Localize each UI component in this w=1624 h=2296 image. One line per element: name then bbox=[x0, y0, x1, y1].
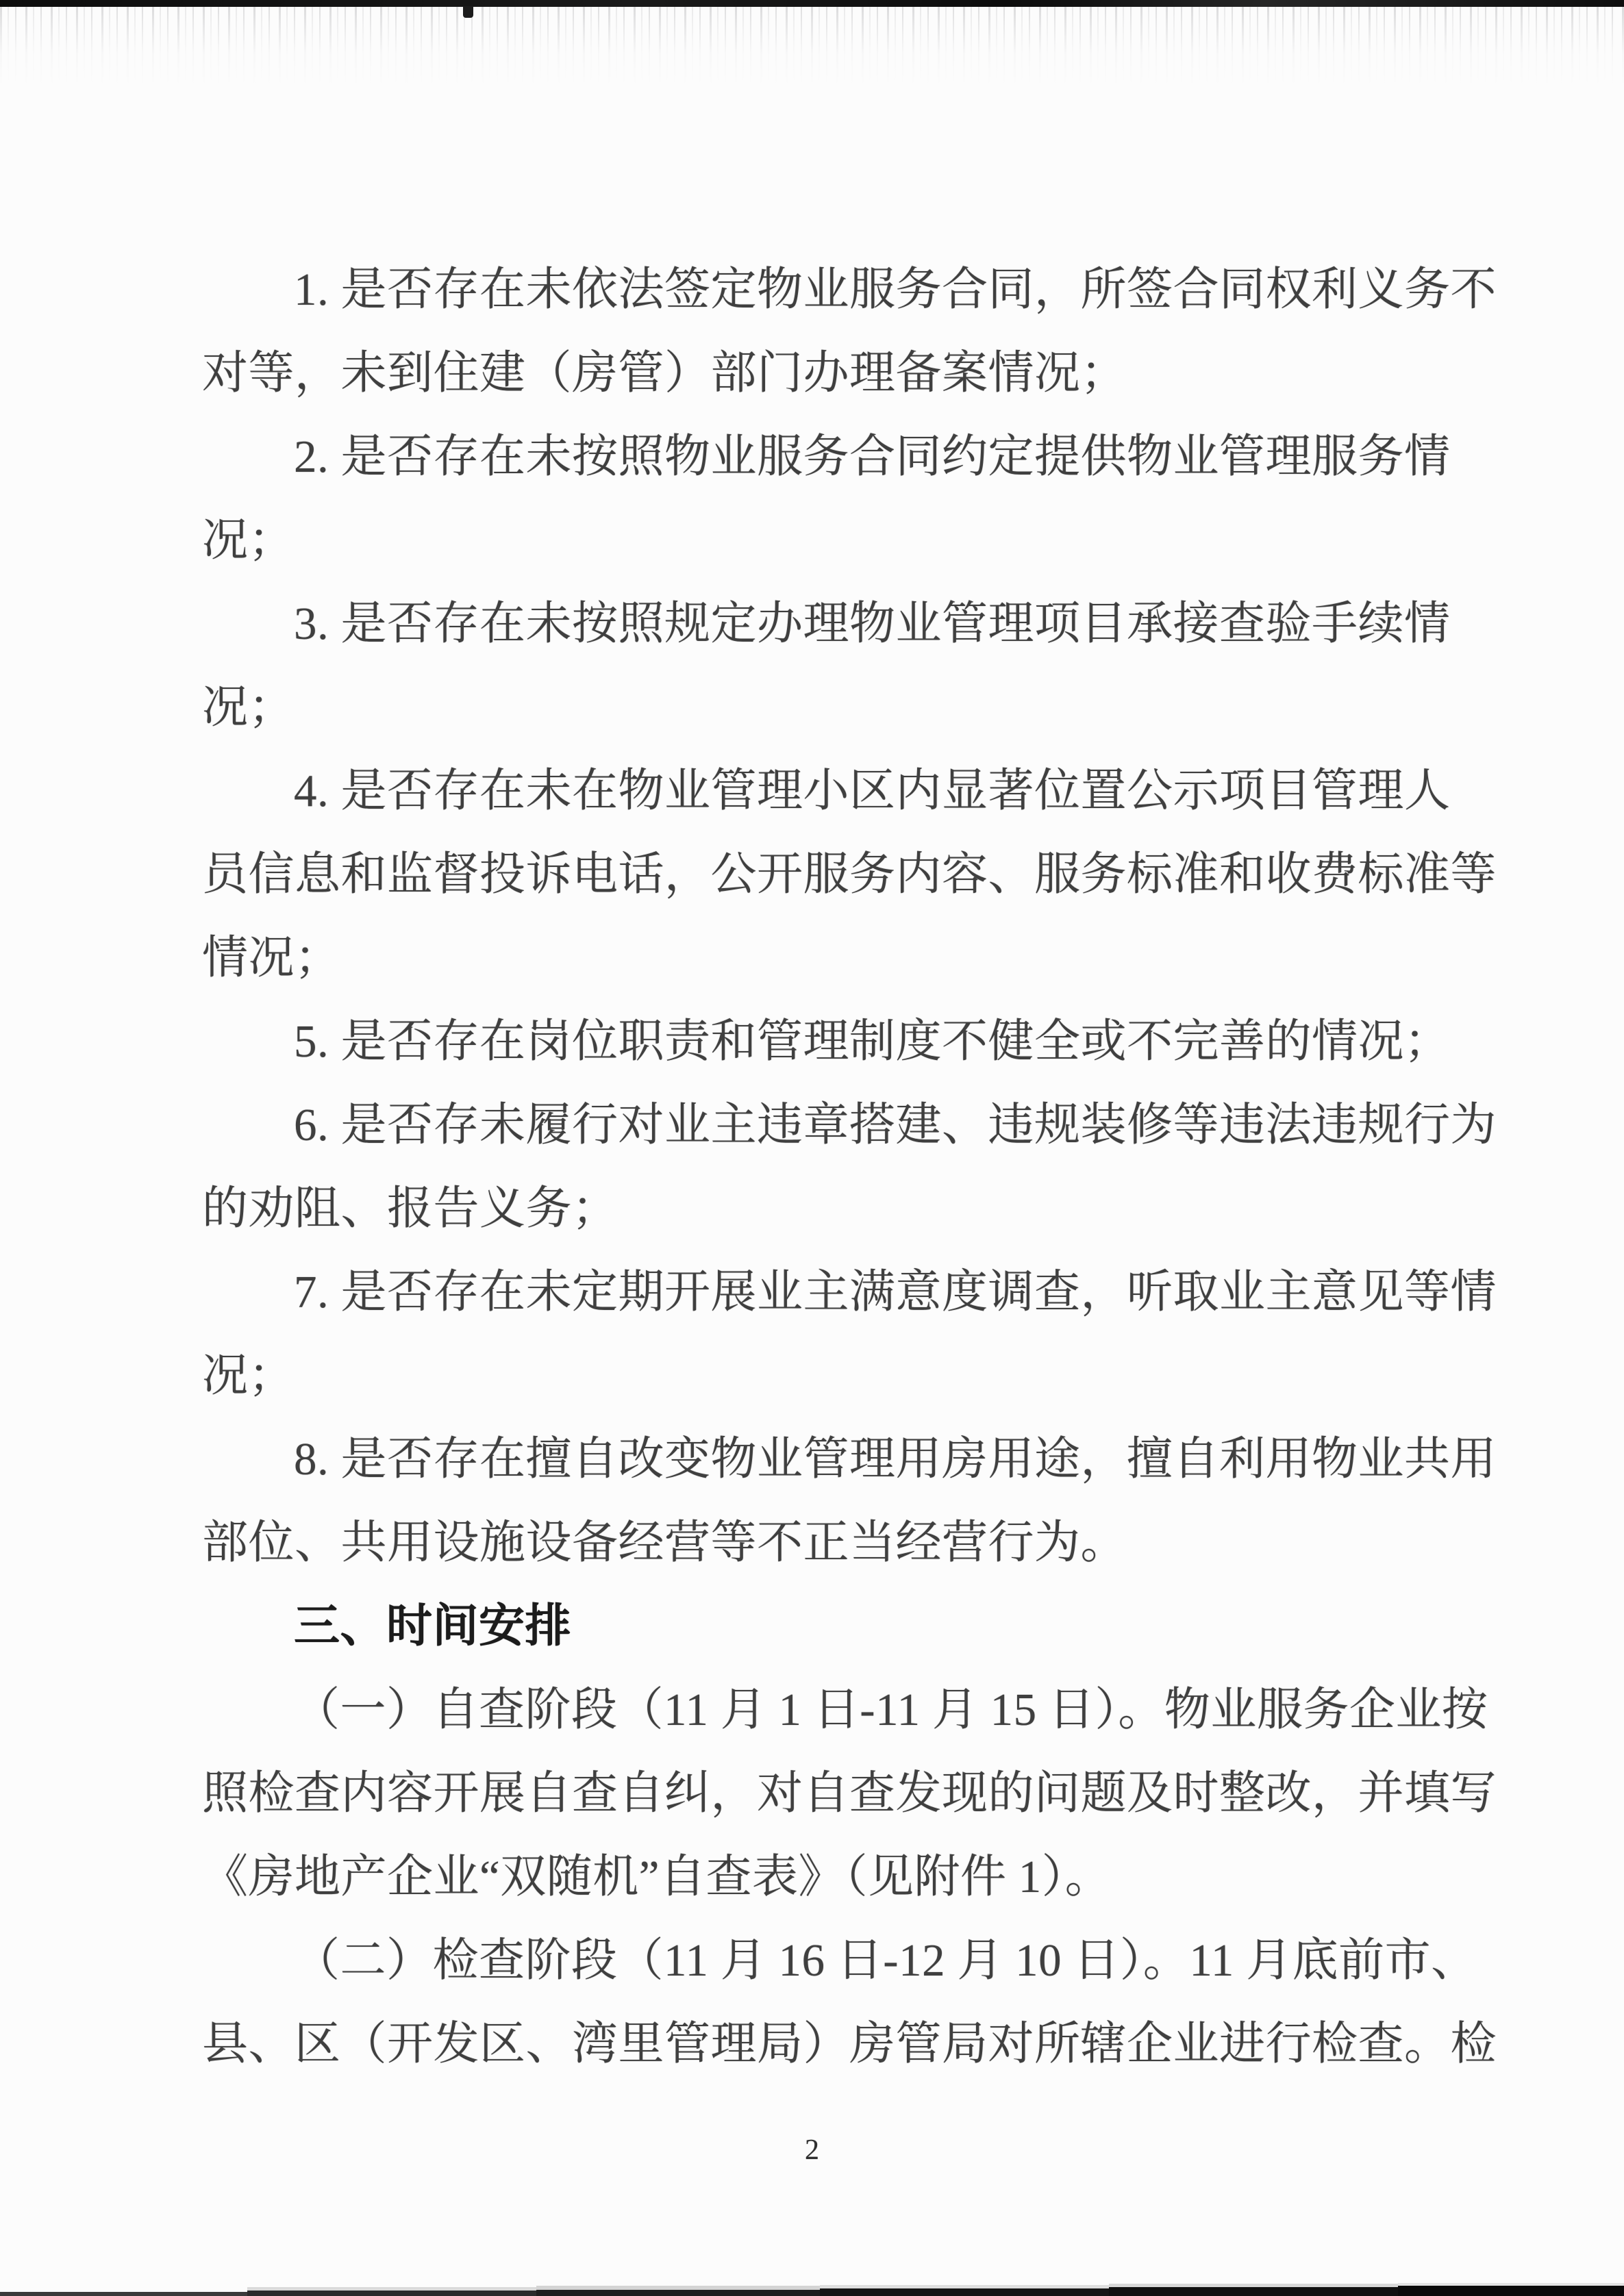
text-line: 情况； bbox=[202, 916, 1456, 1000]
text-line: 况； bbox=[202, 1334, 1456, 1417]
text-line: 8. 是否存在擅自改变物业管理用房用途，擅自利用物业共用 bbox=[202, 1417, 1456, 1501]
text-line: 部位、共用设施设备经营等不正当经营行为。 bbox=[202, 1501, 1456, 1585]
text-line: 况； bbox=[202, 499, 1456, 582]
scan-artifact-bottom-segment bbox=[247, 2287, 536, 2296]
text-line: （二）检查阶段（11 月 16 日-12 月 10 日）。11 月底前市、 bbox=[202, 1919, 1456, 2002]
document-text-block: 1. 是否存在未依法签定物业服务合同，所签合同权利义务不 对等，未到住建（房管）… bbox=[202, 248, 1456, 2086]
text-line: 1. 是否存在未依法签定物业服务合同，所签合同权利义务不 bbox=[202, 248, 1456, 331]
text-line: 对等，未到住建（房管）部门办理备案情况； bbox=[202, 331, 1456, 415]
scan-artifact-top-streaks bbox=[0, 7, 1624, 110]
scan-artifact-bottom-segment bbox=[820, 2285, 1109, 2296]
text-line: 《房地产企业“双随机”自查表》（见附件 1）。 bbox=[202, 1835, 1456, 1919]
scan-artifact-top-bar bbox=[0, 0, 1624, 7]
scanned-document-page: 1. 是否存在未依法签定物业服务合同，所签合同权利义务不 对等，未到住建（房管）… bbox=[0, 0, 1624, 2296]
text-line: 员信息和监督投诉电话，公开服务内容、服务标准和收费标准等 bbox=[202, 833, 1456, 916]
scan-artifact-bottom-segment bbox=[1109, 2284, 1398, 2296]
text-line: 6. 是否存未履行对业主违章搭建、违规装修等违法违规行为 bbox=[202, 1083, 1456, 1167]
text-line: 的劝阻、报告义务； bbox=[202, 1167, 1456, 1250]
text-line: 5. 是否存在岗位职责和管理制度不健全或不完善的情况； bbox=[202, 1000, 1456, 1083]
text-line: 3. 是否存在未按照规定办理物业管理项目承接查验手续情 bbox=[202, 582, 1456, 666]
scan-artifact-bottom-segment bbox=[0, 2292, 247, 2296]
section-heading: 三、时间安排 bbox=[202, 1585, 1456, 1668]
text-line: 2. 是否存在未按照物业服务合同约定提供物业管理服务情 bbox=[202, 415, 1456, 499]
page-number: 2 bbox=[0, 2134, 1624, 2167]
text-line: 4. 是否存在未在物业管理小区内显著位置公示项目管理人 bbox=[202, 749, 1456, 833]
scan-artifact-bottom-segment bbox=[536, 2286, 820, 2296]
scan-artifact-bottom-segment bbox=[1398, 2283, 1624, 2296]
text-line: （一）自查阶段（11 月 1 日-11 月 15 日）。物业服务企业按 bbox=[202, 1668, 1456, 1752]
scan-artifact-top-nub bbox=[463, 6, 473, 18]
text-line: 7. 是否存在未定期开展业主满意度调查，听取业主意见等情 bbox=[202, 1250, 1456, 1334]
text-line: 县、区（开发区、湾里管理局）房管局对所辖企业进行检查。检 bbox=[202, 2002, 1456, 2086]
text-line: 照检查内容开展自查自纠，对自查发现的问题及时整改，并填写 bbox=[202, 1752, 1456, 1835]
text-line: 况； bbox=[202, 666, 1456, 749]
